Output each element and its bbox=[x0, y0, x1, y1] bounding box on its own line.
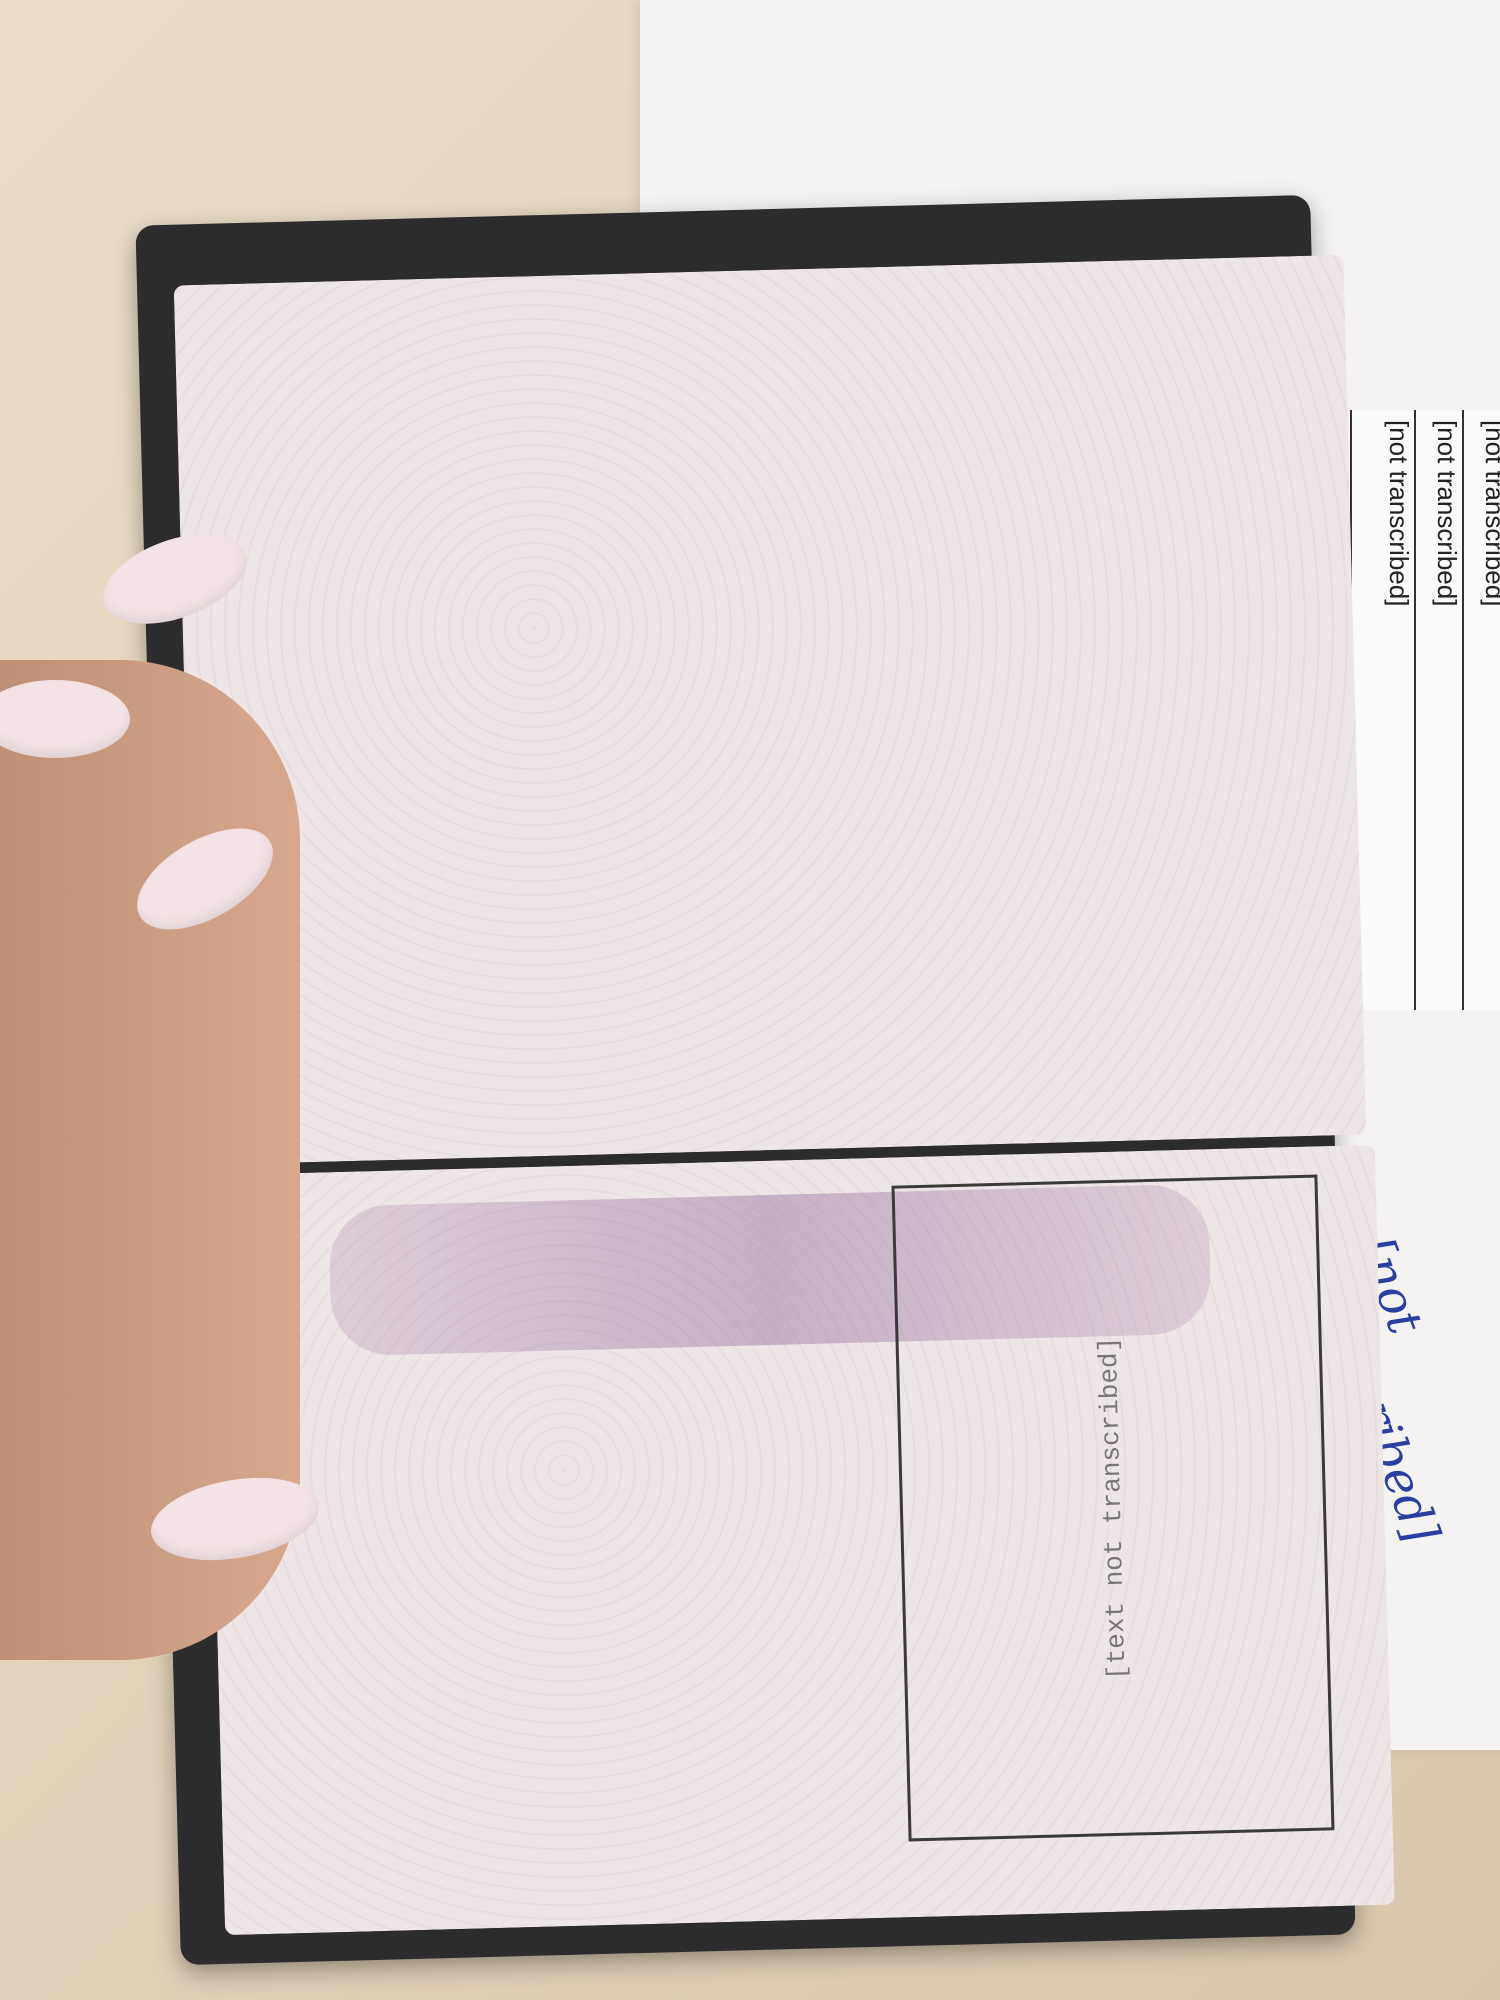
paper-table-row: [not transcribed] bbox=[1464, 410, 1500, 1010]
document-page-top bbox=[174, 255, 1367, 1165]
paper-table: [not transcribed] [not transcribed] [not… bbox=[1350, 410, 1500, 1010]
stamp-text: [text not transcribed] bbox=[905, 1188, 1321, 1828]
paper-table-row: [not transcribed] bbox=[1416, 410, 1464, 1010]
registration-stamp: [text not transcribed] bbox=[891, 1175, 1334, 1842]
paper-table-row: [not transcribed] bbox=[1368, 410, 1416, 1010]
